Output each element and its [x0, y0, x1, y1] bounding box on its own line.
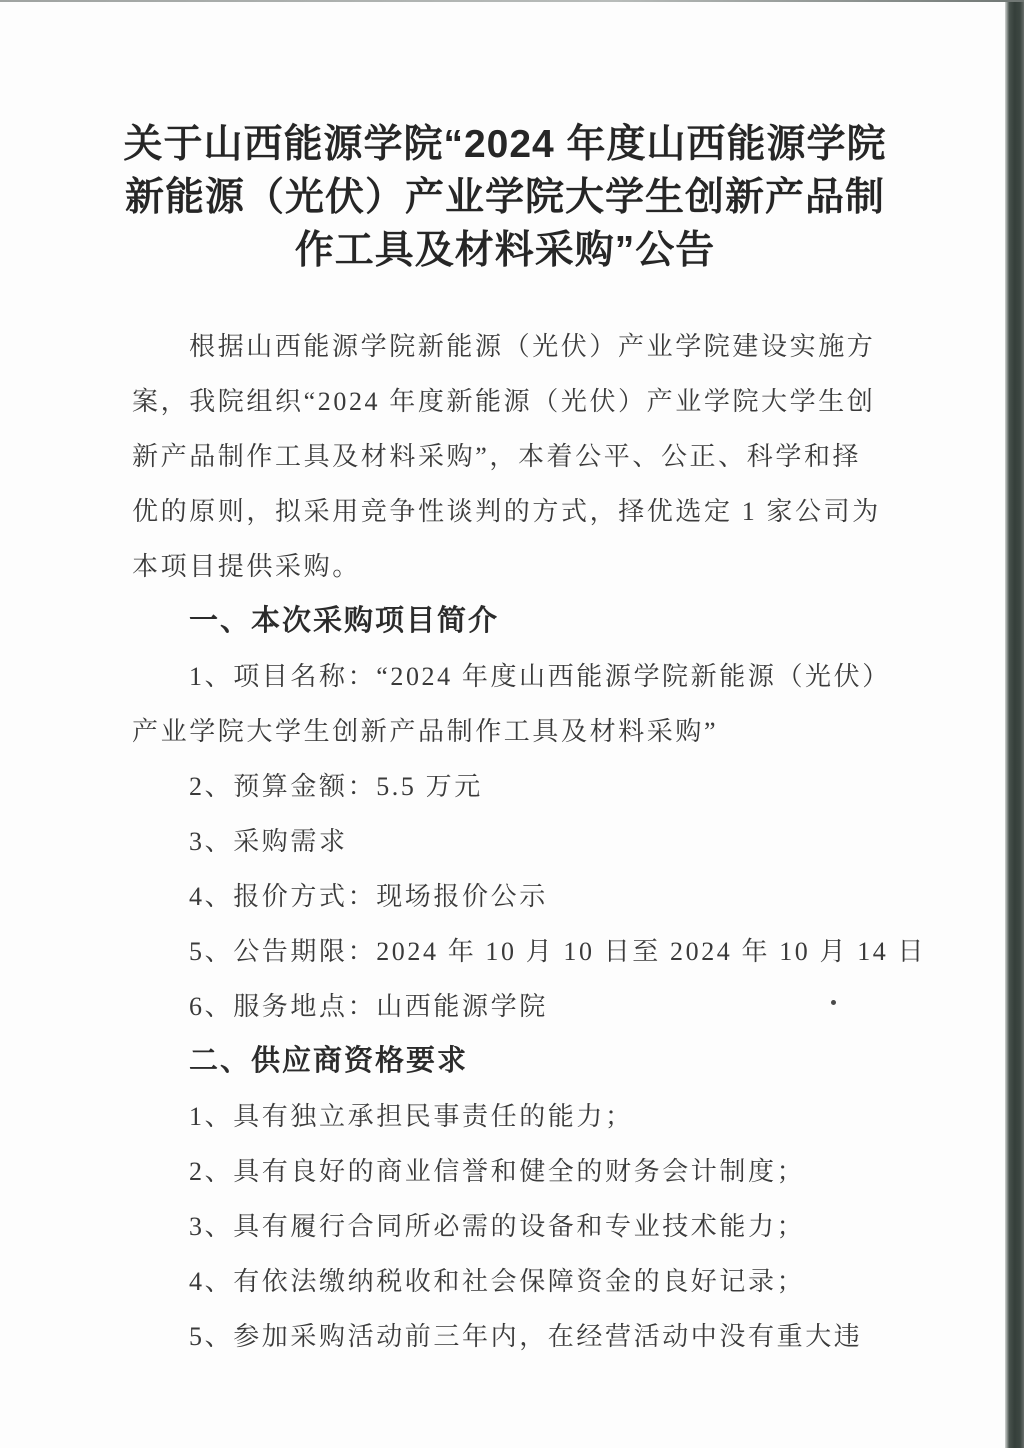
text-line: 根据山西能源学院新能源（光伏）产业学院建设实施方	[132, 319, 872, 374]
text-line: 优的原则，拟采用竞争性谈判的方式，择优选定 1 家公司为	[132, 484, 872, 539]
text-line: 产业学院大学生创新产品制作工具及材料采购”	[132, 704, 872, 759]
scanned-document-page: 关于山西能源学院“2024 年度山西能源学院 新能源（光伏）产业学院大学生创新产…	[0, 0, 1024, 1448]
text-line: 1、具有独立承担民事责任的能力；	[132, 1089, 872, 1144]
text-line: 4、有依法缴纳税收和社会保障资金的良好记录；	[132, 1254, 872, 1309]
text-line: 2、预算金额：5.5 万元	[132, 759, 872, 814]
text-line: 4、报价方式：现场报价公示	[132, 869, 872, 924]
scan-top-edge-line	[0, 0, 1024, 2]
scan-right-edge-shadow	[1005, 0, 1024, 1448]
ink-speck	[831, 1000, 836, 1005]
document-title-line: 关于山西能源学院“2024 年度山西能源学院	[80, 118, 930, 171]
text-line: 5、参加采购活动前三年内，在经营活动中没有重大违	[132, 1309, 872, 1364]
text-line: 本项目提供采购。	[132, 539, 872, 594]
text-line: 6、服务地点：山西能源学院	[132, 979, 872, 1034]
text-line: 1、项目名称：“2024 年度山西能源学院新能源（光伏）	[132, 649, 872, 704]
text-line: 5、公告期限：2024 年 10 月 10 日至 2024 年 10 月 14 …	[132, 924, 872, 979]
text-line: 3、采购需求	[132, 814, 872, 869]
text-line: 案，我院组织“2024 年度新能源（光伏）产业学院大学生创	[132, 374, 872, 429]
section-heading: 二、供应商资格要求	[132, 1034, 872, 1089]
document-title-line: 作工具及材料采购”公告	[80, 224, 930, 277]
text-line: 新产品制作工具及材料采购”，本着公平、公正、科学和择	[132, 429, 872, 484]
document-title-line: 新能源（光伏）产业学院大学生创新产品制	[80, 171, 930, 224]
section-heading: 一、本次采购项目简介	[132, 594, 872, 649]
document-title: 关于山西能源学院“2024 年度山西能源学院 新能源（光伏）产业学院大学生创新产…	[80, 118, 930, 277]
document-body: 根据山西能源学院新能源（光伏）产业学院建设实施方案，我院组织“2024 年度新能…	[132, 319, 872, 1364]
text-line: 2、具有良好的商业信誉和健全的财务会计制度；	[132, 1144, 872, 1199]
text-line: 3、具有履行合同所必需的设备和专业技术能力；	[132, 1199, 872, 1254]
